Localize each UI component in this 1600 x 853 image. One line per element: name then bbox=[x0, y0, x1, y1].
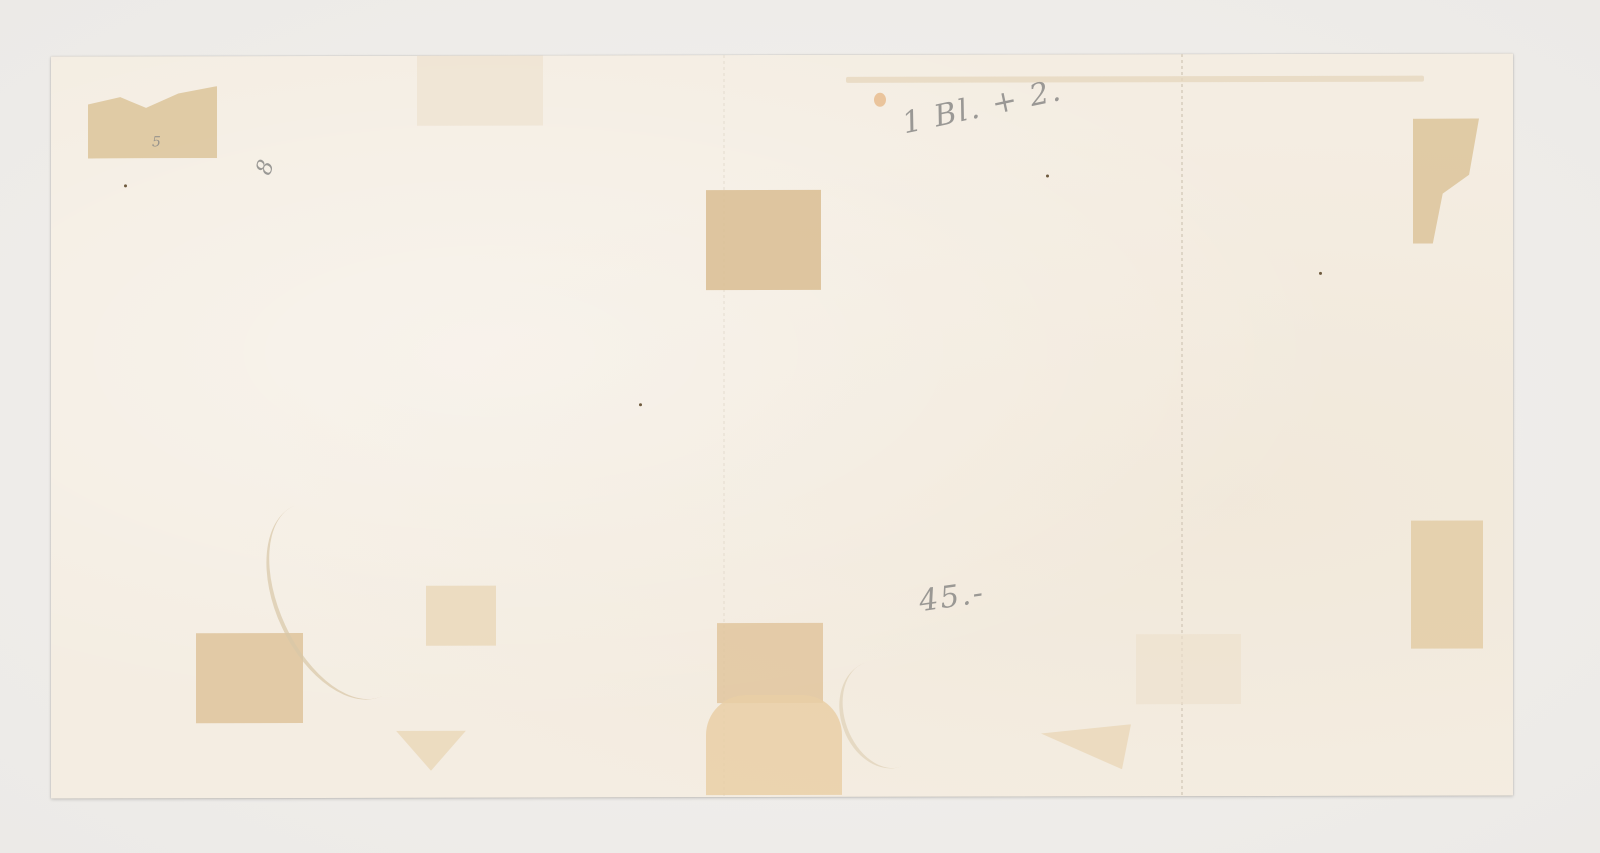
pencil-note-top-right: 1 Bl. + 2. bbox=[899, 73, 1065, 141]
speck bbox=[1319, 272, 1322, 275]
orange-spot bbox=[874, 93, 886, 107]
hinge-stain-top-center-left bbox=[417, 56, 543, 126]
speck bbox=[1046, 174, 1049, 177]
hinge-stain-bottom-left-triangle bbox=[396, 731, 466, 771]
speck bbox=[639, 403, 642, 406]
hinge-stain-upper-center bbox=[706, 190, 821, 290]
hinge-stain-bottom-left bbox=[196, 633, 303, 723]
paper-sheet: 1 Bl. + 2. 8 5 45.- bbox=[51, 53, 1513, 798]
hinge-stain-mid-right bbox=[1411, 521, 1483, 649]
hinge-stain-top-right bbox=[1413, 119, 1479, 244]
hinge-stain-bottom-right-faint bbox=[1136, 634, 1241, 704]
top-stain-band bbox=[846, 76, 1424, 83]
pencil-note-hinge-number: 5 bbox=[152, 134, 163, 150]
pencil-note-top-left-number: 8 bbox=[252, 155, 281, 179]
hinge-stain-bottom-center-lower bbox=[706, 695, 842, 795]
scuff-stroke-center bbox=[825, 649, 942, 781]
hinge-stain-bottom-center bbox=[717, 623, 823, 703]
speck bbox=[124, 184, 127, 187]
hinge-stain-bottom-left-faint bbox=[426, 586, 496, 646]
pencil-note-price: 45.- bbox=[917, 575, 987, 619]
hinge-stain-bottom-right-triangle bbox=[1041, 724, 1131, 769]
